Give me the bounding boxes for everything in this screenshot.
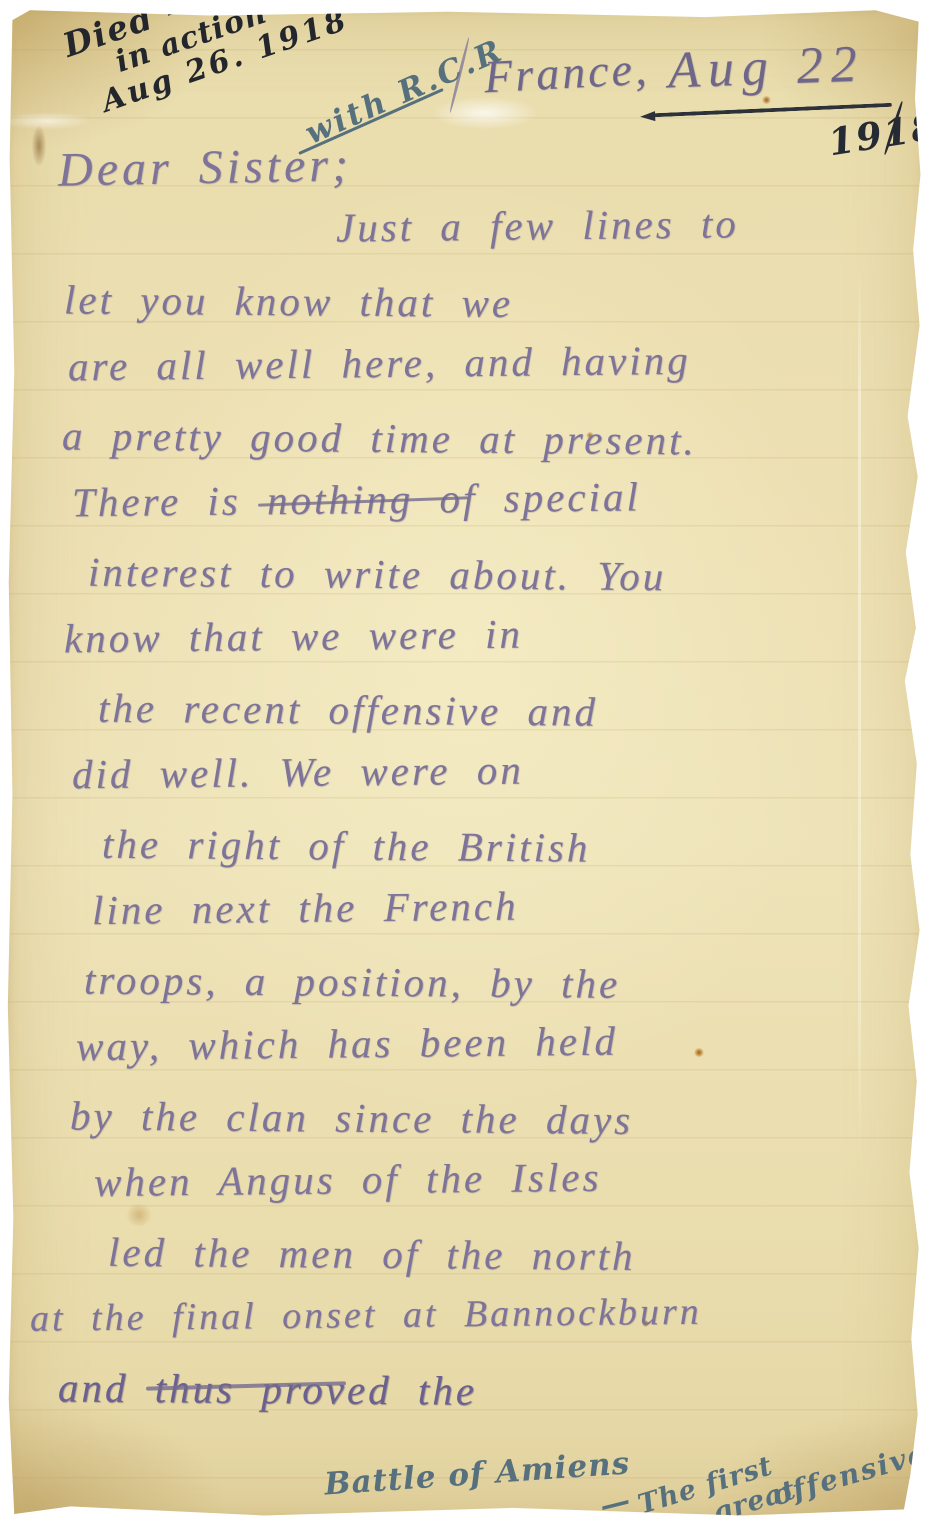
date-text: Aug 22	[667, 35, 866, 101]
battle-annotation-text: offensive	[769, 1437, 931, 1513]
letter-line: when Angus of the Isles	[6, 1139, 917, 1217]
battle-annotation-dash: —	[596, 1483, 634, 1524]
letter-line: are all well here, and having	[6, 323, 917, 401]
paper-scuff	[2, 112, 92, 130]
battle-annotation: Battle of Amiens	[323, 1445, 631, 1502]
letter-body: Just a few lines to let you know that we…	[6, 197, 916, 1421]
letter-line: and thus proved the	[6, 1353, 917, 1428]
letter-line: line next the French	[6, 867, 917, 945]
regiment-annotation: with R.C.R	[300, 32, 510, 152]
salutation: Dear Sister;	[58, 137, 353, 197]
rust-stain	[762, 96, 771, 104]
letter-line: did well. We were on	[6, 731, 917, 809]
letter-line: Just a few lines to	[6, 187, 917, 265]
year-text: 1918	[825, 104, 940, 165]
edge-stain	[32, 126, 46, 166]
letter-line: know that we were in	[6, 595, 917, 673]
letter-paper: Died — in action Aug 26. 1918 with R.C.R…	[6, 8, 926, 1520]
letter-line: way, which has been held	[6, 1003, 917, 1081]
letter-line: at the final onset at Bannockburn	[6, 1275, 917, 1353]
place-text: France,	[483, 42, 651, 104]
